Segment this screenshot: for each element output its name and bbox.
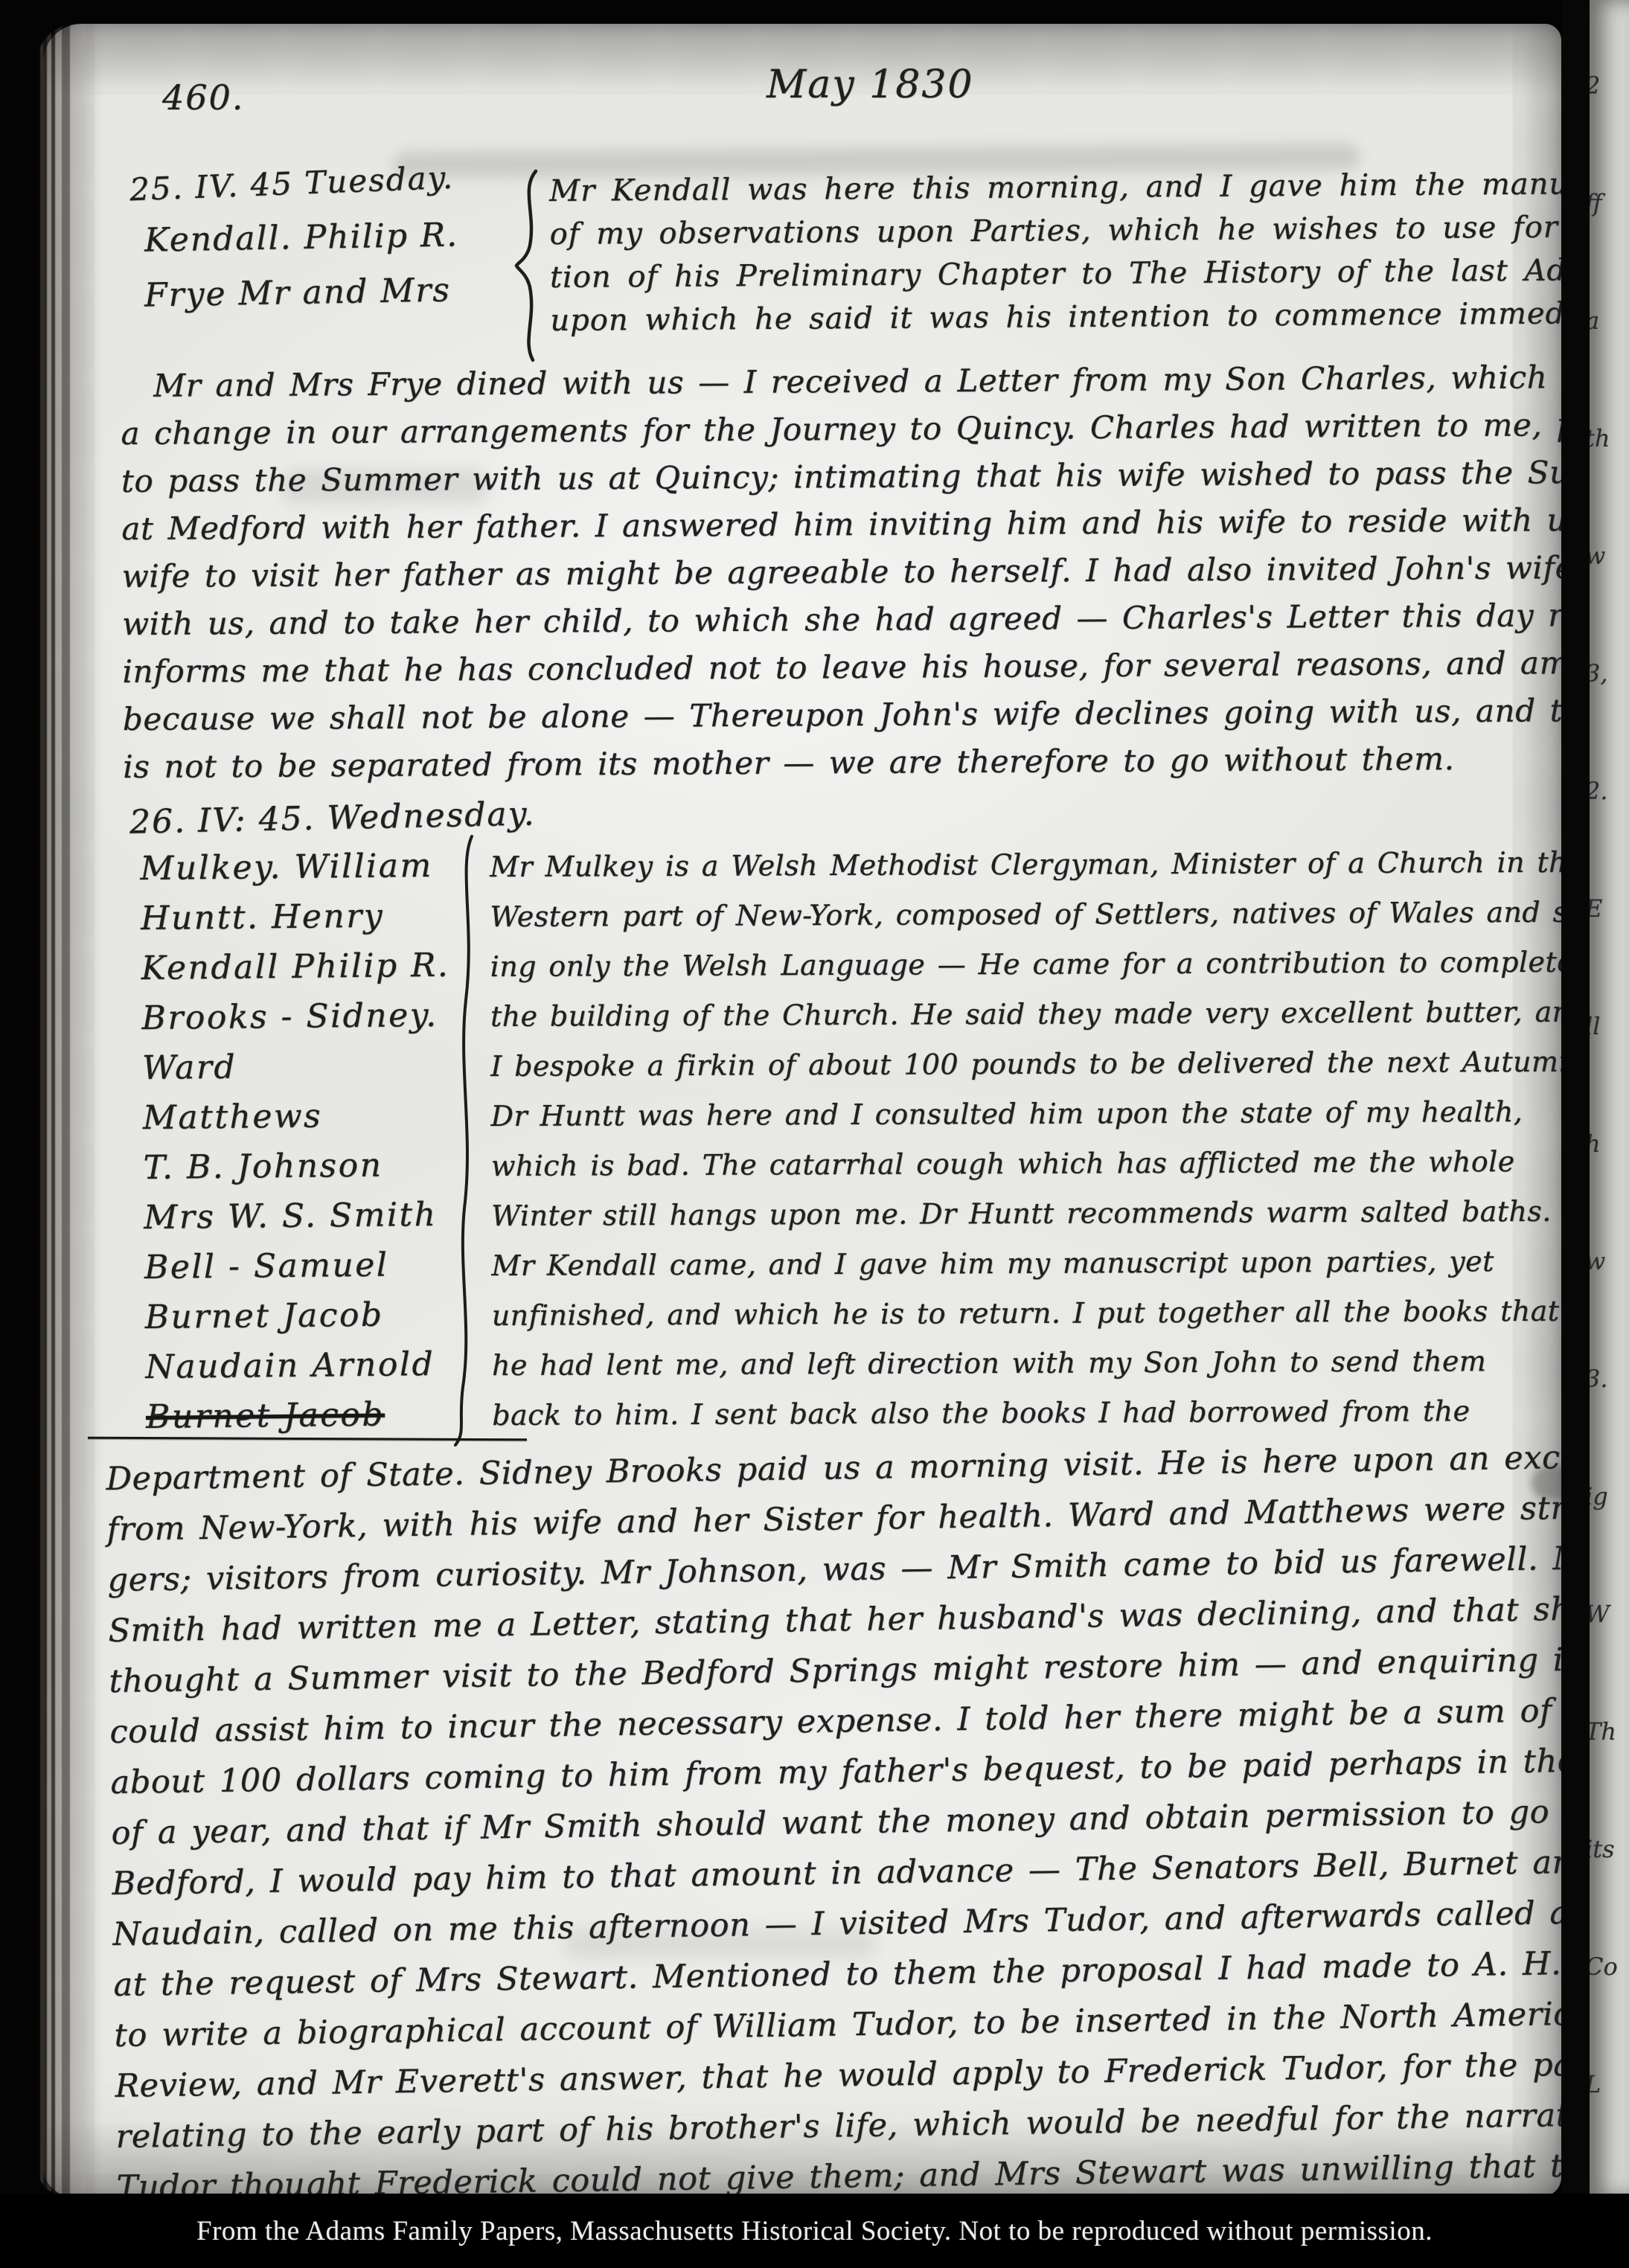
cut-off-writing-fragment: ll	[1590, 1012, 1629, 1130]
diary-line: Mr Mulkey is a Welsh Methodist Clergyman…	[490, 837, 1629, 892]
visitor-name-struck-through: Burnet Jacob	[146, 1389, 455, 1442]
diary-line: Winter still hangs upon me. Dr Huntt rec…	[491, 1186, 1629, 1241]
diary-line: at Medford with her father. I answered h…	[121, 496, 1629, 553]
diary-line: upon which he said it was his intention …	[550, 290, 1629, 342]
visitor-name: Brooks - Sidney.	[141, 990, 450, 1043]
diary-line: the building of the Church. He said they…	[490, 987, 1629, 1042]
diary-line: a change in our arrangements for the Jou…	[121, 400, 1629, 458]
diary-line: he had lent me, and left direction with …	[492, 1336, 1629, 1391]
cut-off-writing-fragment: E	[1590, 894, 1629, 1012]
diary-line: back to him. I sent back also the books …	[492, 1386, 1629, 1441]
diary-line: tion of his Preliminary Chapter to The H…	[550, 247, 1629, 299]
diary-line: ing only the Welsh Language — He came fo…	[490, 937, 1629, 992]
cut-off-writing-fragment: w	[1590, 1247, 1629, 1365]
visitor-name: Burnet Jacob	[144, 1290, 453, 1342]
visitor-name: Matthews	[143, 1090, 452, 1143]
diary-line: of my observations upon Parties, which h…	[549, 204, 1629, 256]
cut-off-writing-fragment: 3,	[1590, 659, 1629, 777]
cut-off-writing-fragment: its	[1590, 1835, 1629, 1953]
entry-26-body: Mr Mulkey is a Welsh Methodist Clergyman…	[490, 837, 1629, 1441]
page-number: 460.	[162, 77, 244, 118]
cut-off-writing-fragment: ig	[1590, 1482, 1629, 1600]
entry-25-paragraph: Mr and Mrs Frye dined with us — I receiv…	[121, 353, 1629, 791]
visitor-name: Ward	[142, 1040, 451, 1093]
visitor-name: Bell - Samuel	[144, 1240, 453, 1292]
visitor-name: T. B. Johnson	[143, 1140, 452, 1193]
entry-25-visitor-name: Kendall. Philip R.	[144, 216, 459, 259]
page-edge-shadow	[1561, 0, 1590, 2268]
archive-caption: From the Adams Family Papers, Massachuse…	[196, 2215, 1433, 2247]
diary-line: with us, and to take her child, to which…	[122, 591, 1629, 648]
diary-line: to pass the Summer with us at Quincy; in…	[121, 448, 1629, 505]
diary-line: unfinished, and which he is to return. I…	[492, 1286, 1629, 1341]
cut-off-writing-fragment: W	[1590, 1600, 1629, 1717]
entry-26-visitor-list: Mulkey. William Huntt. Henry Kendall Phi…	[140, 841, 455, 1442]
diary-page: 460. May 1830 25. IV. 45 Tuesday. Kendal…	[43, 24, 1561, 2197]
visitor-name: Naudain Arnold	[145, 1339, 454, 1392]
diary-line: I bespoke a firkin of about 100 pounds t…	[490, 1037, 1629, 1092]
diary-line: Mr and Mrs Frye dined with us — I receiv…	[121, 353, 1629, 410]
visitor-name: Mulkey. William	[140, 841, 449, 894]
entry-26-paragraph: Department of State. Sidney Brooks paid …	[106, 1430, 1629, 2213]
cut-off-writing-fragment: L	[1590, 2070, 1629, 2188]
cut-off-writing-fragment: th	[1590, 424, 1629, 542]
cut-off-writing-fragment: a	[1590, 307, 1629, 424]
cut-off-writing-fragment: 2.	[1590, 777, 1629, 894]
diary-line: Mr Kendall came, and I gave him my manus…	[491, 1236, 1629, 1291]
cut-off-writing-fragment: h	[1590, 1130, 1629, 1247]
adjacent-page-edge: 2 ff a th w 3, 2. E ll h w 3. ig W Th it…	[1590, 0, 1629, 2197]
manuscript-scan-photo: 460. May 1830 25. IV. 45 Tuesday. Kendal…	[0, 0, 1629, 2268]
month-heading: May 1830	[767, 63, 974, 107]
diary-line: wife to visit her father as might be agr…	[122, 543, 1629, 600]
visitor-name: Kendall Philip R.	[141, 941, 449, 993]
cut-off-writing-fragment: Th	[1590, 1717, 1629, 1835]
diary-line: informs me that he has concluded not to …	[122, 638, 1629, 696]
cut-off-writing-fragment: Co	[1590, 1953, 1629, 2070]
diary-line: Dr Huntt was here and I consulted him up…	[490, 1086, 1629, 1141]
visitor-name: Mrs W. S. Smith	[144, 1190, 452, 1243]
diary-line: which is bad. The catarrhal cough which …	[491, 1136, 1629, 1191]
entry-25-date-line: 25. IV. 45 Tuesday.	[129, 159, 455, 208]
caption-bar: From the Adams Family Papers, Massachuse…	[0, 2194, 1629, 2268]
diary-line: because we shall not be alone — Thereupo…	[123, 686, 1629, 743]
cut-off-writing-fragment: ff	[1590, 189, 1629, 307]
entry-25-brace	[512, 168, 546, 363]
entry-25-body: Mr Kendall was here this morning, and I …	[549, 161, 1629, 342]
cut-off-writing-fragment: w	[1590, 542, 1629, 659]
entry-25-visitor-name: Frye Mr and Mrs	[144, 271, 452, 314]
book-binding-gutter	[37, 24, 86, 2197]
diary-line: Western part of New-York, composed of Se…	[490, 887, 1629, 942]
visitor-name: Huntt. Henry	[141, 891, 449, 944]
entry-26-brace	[451, 835, 484, 1448]
diary-line: is not to be separated from its mother —…	[123, 734, 1629, 791]
cut-off-writing-fragment: 3.	[1590, 1365, 1629, 1482]
cut-off-writing-fragment: 2	[1590, 71, 1629, 189]
diary-line: Mr Kendall was here this morning, and I …	[549, 161, 1629, 213]
